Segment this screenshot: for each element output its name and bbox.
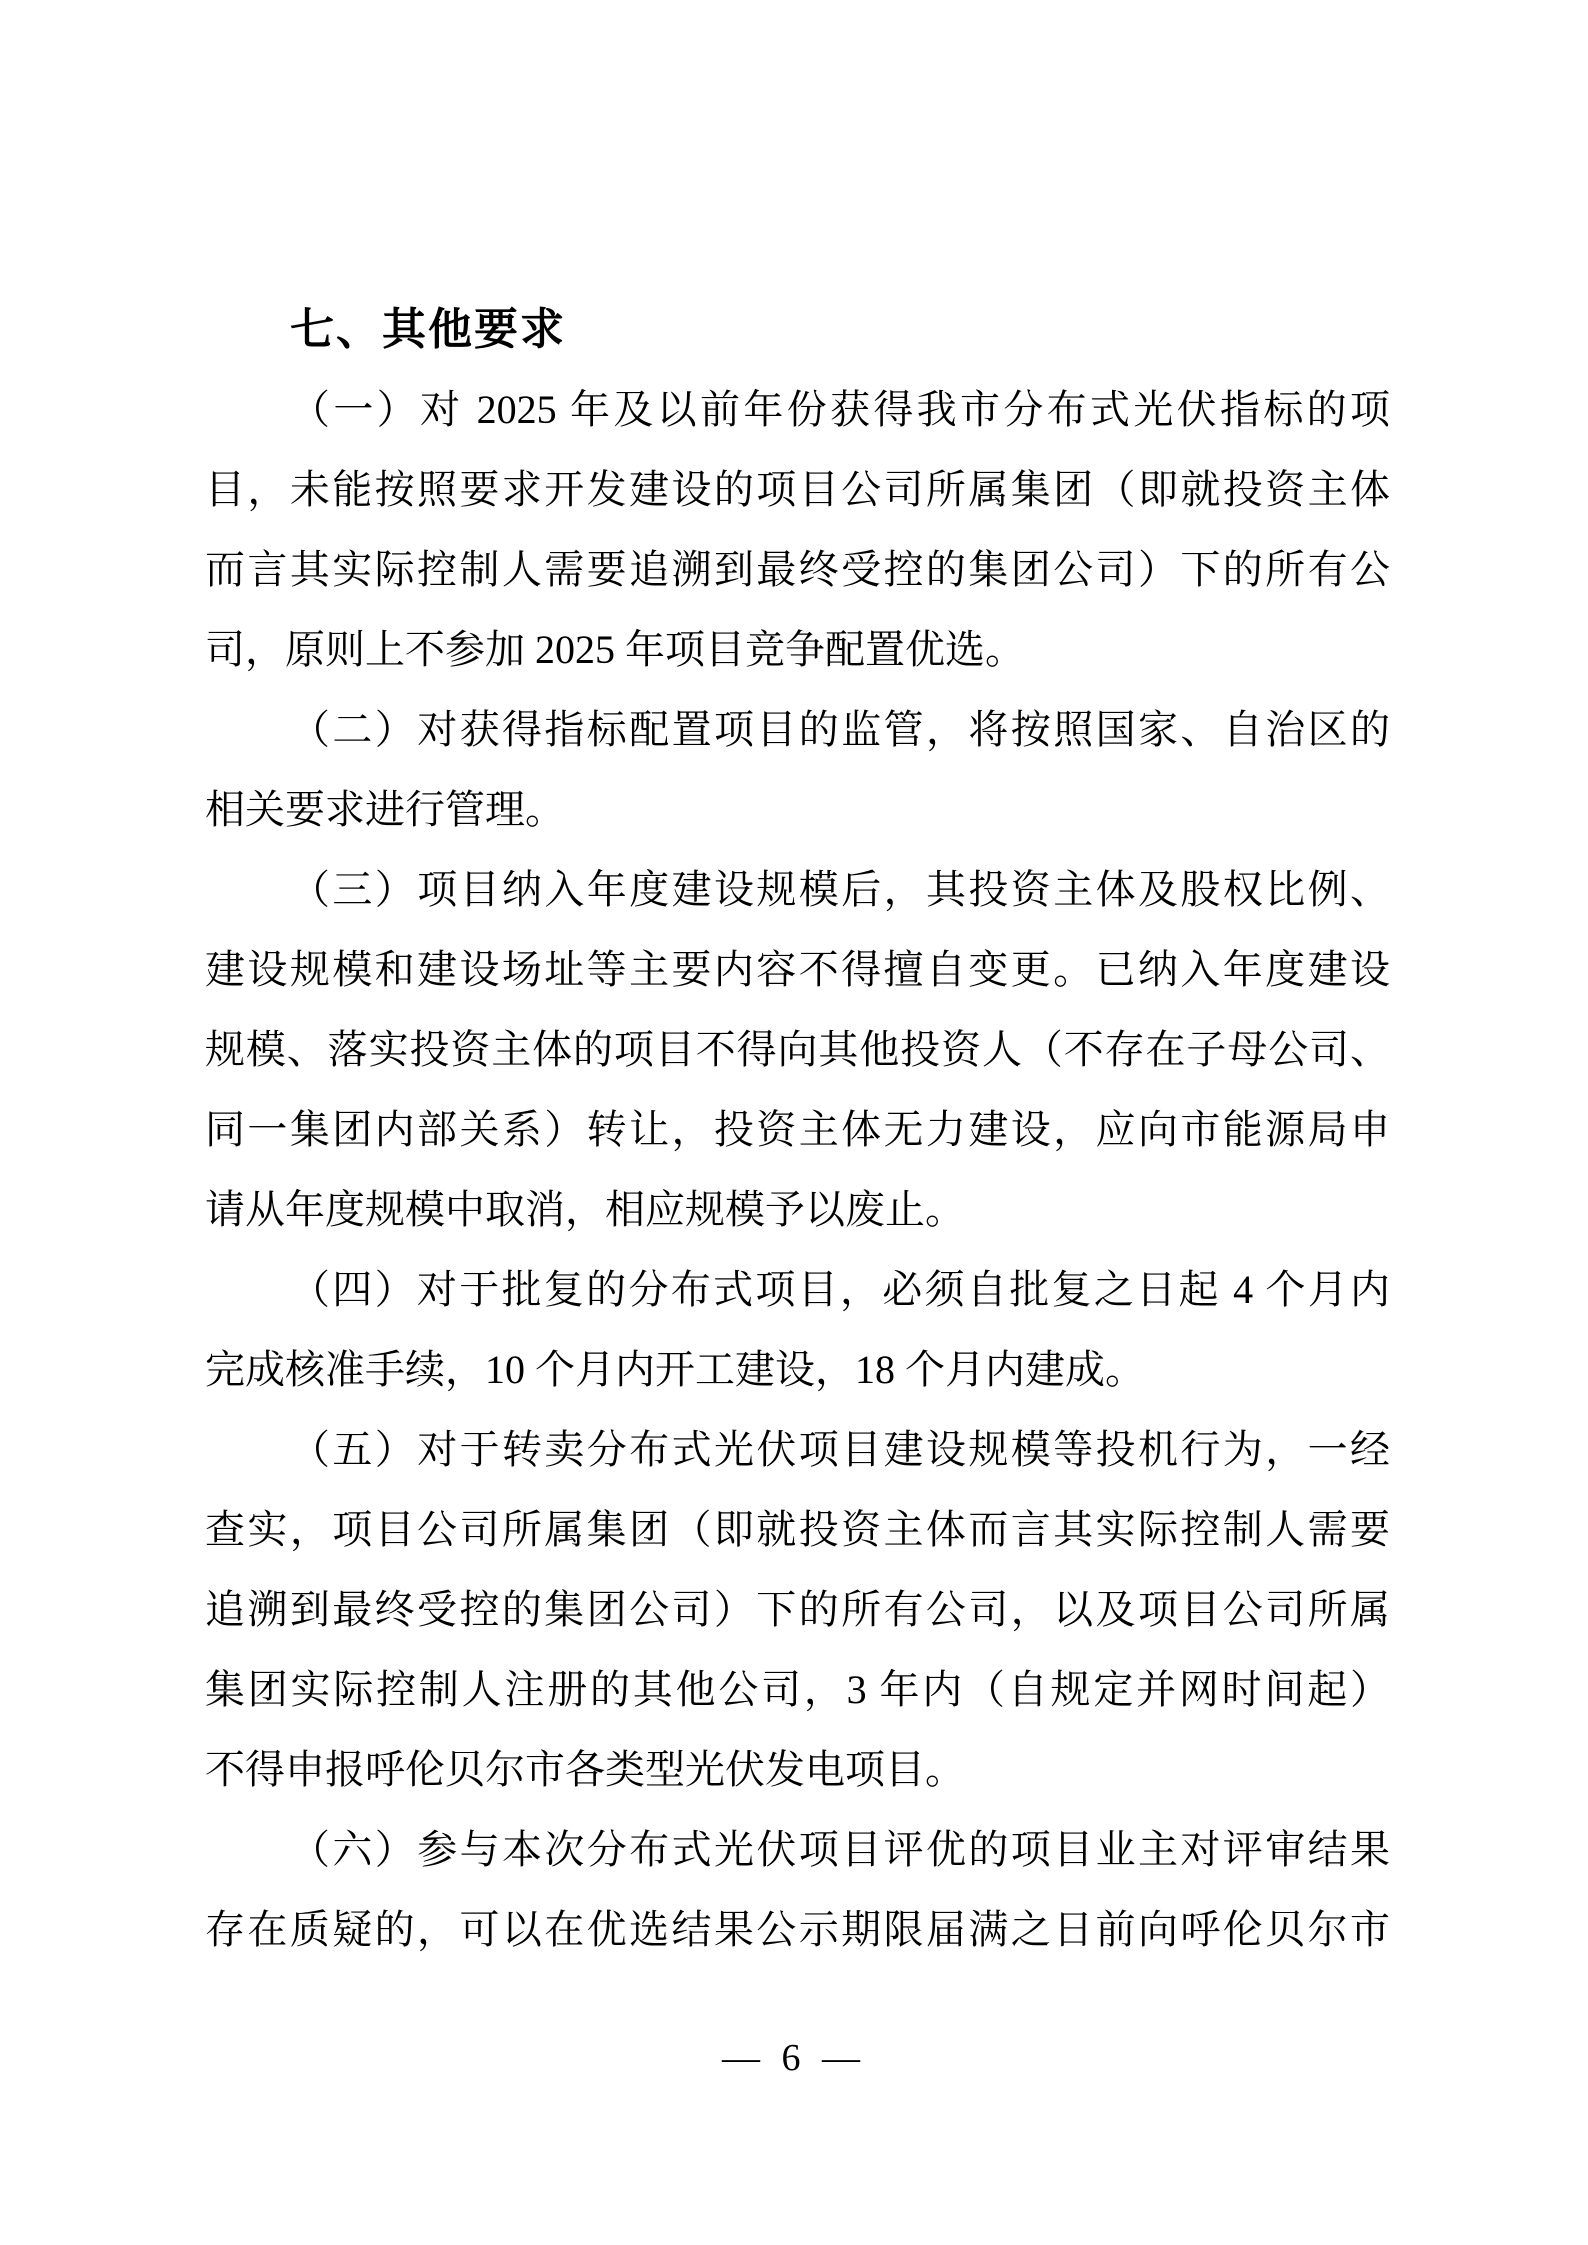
paragraph-1: （一）对 2025 年及以前年份获得我市分布式光伏指标的项 目，未能按照要求开发… (205, 370, 1390, 690)
text-line: 建设规模和建设场址等主要内容不得擅自变更。已纳入年度建设 (205, 930, 1390, 1010)
paragraph-6: （六）参与本次分布式光伏项目评优的项目业主对评审结果 存在质疑的，可以在优选结果… (205, 1810, 1390, 1970)
paragraph-2: （二）对获得指标配置项目的监管，将按照国家、自治区的 相关要求进行管理。 (205, 690, 1390, 850)
text-line: 不得申报呼伦贝尔市各类型光伏发电项目。 (205, 1730, 1390, 1810)
section-heading: 七、其他要求 (205, 290, 1390, 370)
text-line: 查实，项目公司所属集团（即就投资主体而言其实际控制人需要 (205, 1490, 1390, 1570)
text-line: 目，未能按照要求开发建设的项目公司所属集团（即就投资主体 (205, 450, 1390, 530)
text-line: （五）对于转卖分布式光伏项目建设规模等投机行为，一经 (205, 1410, 1390, 1490)
text-line: 相关要求进行管理。 (205, 770, 1390, 850)
text-line: 司，原则上不参加 2025 年项目竞争配置优选。 (205, 610, 1390, 690)
text-line: （三）项目纳入年度建设规模后，其投资主体及股权比例、 (205, 850, 1390, 930)
text-line: （一）对 2025 年及以前年份获得我市分布式光伏指标的项 (205, 370, 1390, 450)
text-line: （六）参与本次分布式光伏项目评优的项目业主对评审结果 (205, 1810, 1390, 1890)
text-line: 同一集团内部关系）转让，投资主体无力建设，应向市能源局申 (205, 1090, 1390, 1170)
text-line: 完成核准手续，10 个月内开工建设，18 个月内建成。 (205, 1330, 1390, 1410)
paragraph-5: （五）对于转卖分布式光伏项目建设规模等投机行为，一经 查实，项目公司所属集团（即… (205, 1410, 1390, 1810)
page-number: — 6 — (0, 2036, 1588, 2080)
text-line: 存在质疑的，可以在优选结果公示期限届满之日前向呼伦贝尔市 (205, 1890, 1390, 1970)
text-line: 追溯到最终受控的集团公司）下的所有公司，以及项目公司所属 (205, 1570, 1390, 1650)
text-line: （四）对于批复的分布式项目，必须自批复之日起 4 个月内 (205, 1250, 1390, 1330)
text-line: 集团实际控制人注册的其他公司，3 年内（自规定并网时间起） (205, 1650, 1390, 1730)
page-content: 七、其他要求 （一）对 2025 年及以前年份获得我市分布式光伏指标的项 目，未… (205, 0, 1390, 1970)
paragraph-3: （三）项目纳入年度建设规模后，其投资主体及股权比例、 建设规模和建设场址等主要内… (205, 850, 1390, 1250)
document-page: 七、其他要求 （一）对 2025 年及以前年份获得我市分布式光伏指标的项 目，未… (0, 0, 1588, 2245)
text-line: （二）对获得指标配置项目的监管，将按照国家、自治区的 (205, 690, 1390, 770)
text-line: 规模、落实投资主体的项目不得向其他投资人（不存在子母公司、 (205, 1010, 1390, 1090)
paragraph-4: （四）对于批复的分布式项目，必须自批复之日起 4 个月内 完成核准手续，10 个… (205, 1250, 1390, 1410)
text-line: 而言其实际控制人需要追溯到最终受控的集团公司）下的所有公 (205, 530, 1390, 610)
text-line: 请从年度规模中取消，相应规模予以废止。 (205, 1170, 1390, 1250)
